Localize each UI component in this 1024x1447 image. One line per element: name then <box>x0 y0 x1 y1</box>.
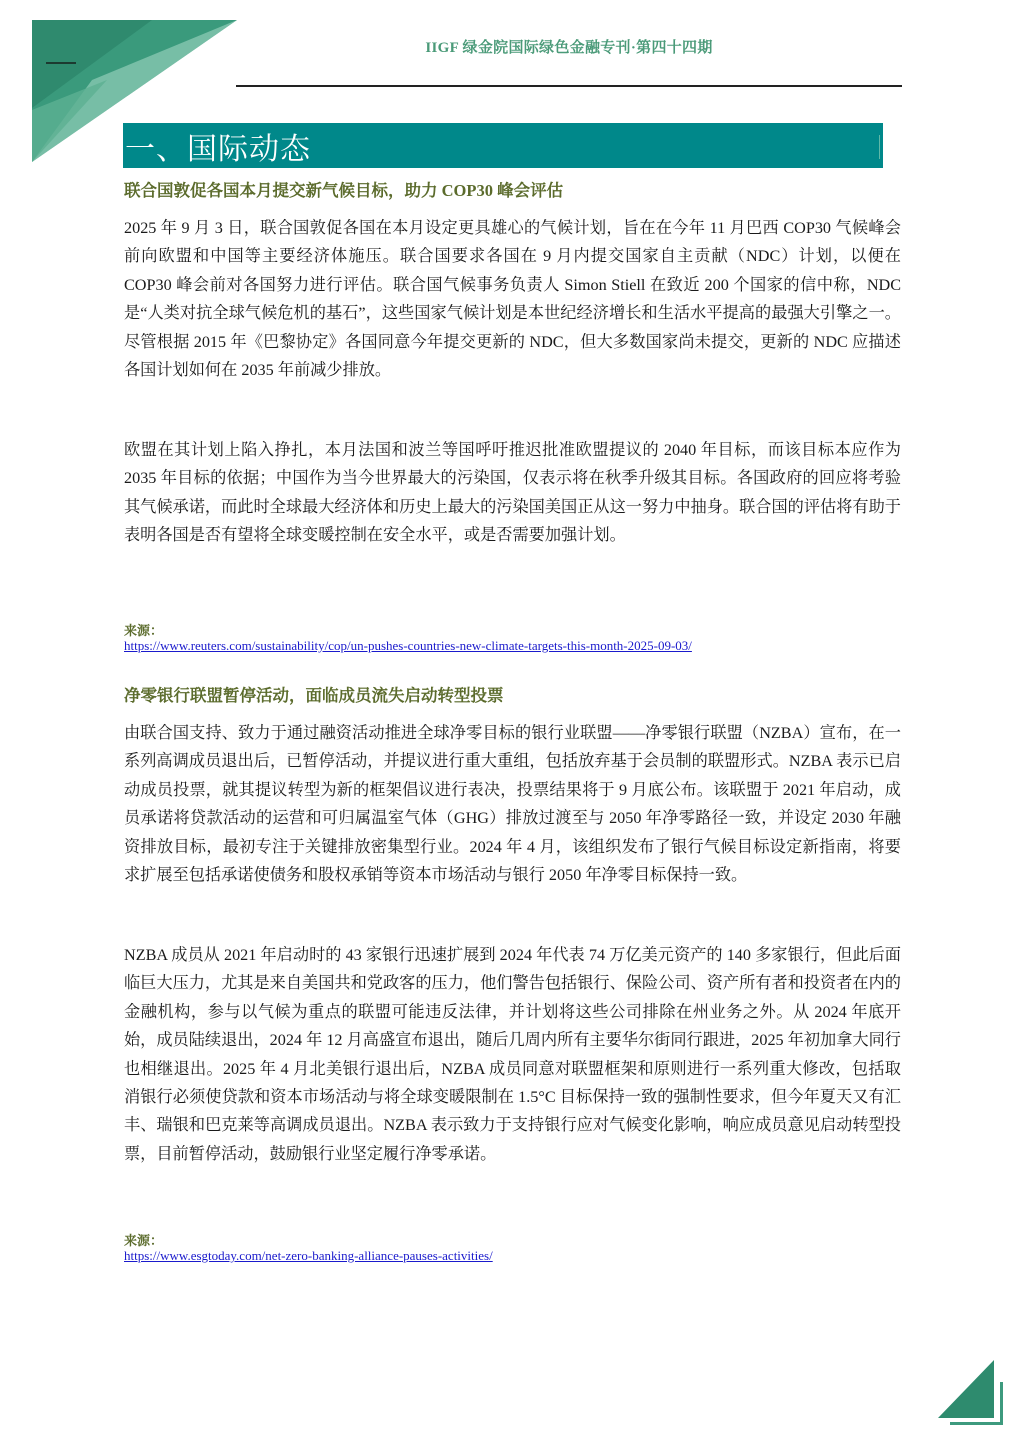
header-rule <box>236 85 902 87</box>
running-header-title: IIGF 绿金院国际绿色金融专刊·第四十四期 <box>236 36 902 57</box>
source-label: 来源： <box>124 1230 163 1249</box>
source-link[interactable]: https://www.esgtoday.com/net-zero-bankin… <box>124 1248 493 1264</box>
article-paragraph: 由联合国支持、致力于通过融资活动推进全球净零目标的银行业联盟——净零银行联盟（N… <box>124 719 901 889</box>
article-paragraph: 2025 年 9 月 3 日，联合国敦促各国在本月设定更具雄心的气候计划，旨在在… <box>124 214 901 384</box>
source-link[interactable]: https://www.reuters.com/sustainability/c… <box>124 638 692 654</box>
section-heading-bar: 一、国际动态 <box>123 123 883 168</box>
article-title: 净零银行联盟暂停活动，面临成员流失启动转型投票 <box>124 682 504 706</box>
corner-decoration-bottom-right <box>938 1360 1008 1435</box>
running-header: IIGF 绿金院国际绿色金融专刊·第四十四期 <box>236 34 902 86</box>
corner-dash-mark <box>46 62 76 64</box>
article-paragraph: 欧盟在其计划上陷入挣扎，本月法国和波兰等国呼吁推迟批准欧盟提议的 2040 年目… <box>124 436 901 550</box>
article-paragraph: NZBA 成员从 2021 年启动时的 43 家银行迅速扩展到 2024 年代表… <box>124 941 901 1168</box>
section-title: 一、国际动态 <box>123 124 311 168</box>
source-label: 来源： <box>124 620 163 639</box>
page-corner-icon <box>938 1360 1008 1435</box>
article-title: 联合国敦促各国本月提交新气候目标，助力 COP30 峰会评估 <box>124 177 563 201</box>
section-bar-edge <box>879 135 880 159</box>
